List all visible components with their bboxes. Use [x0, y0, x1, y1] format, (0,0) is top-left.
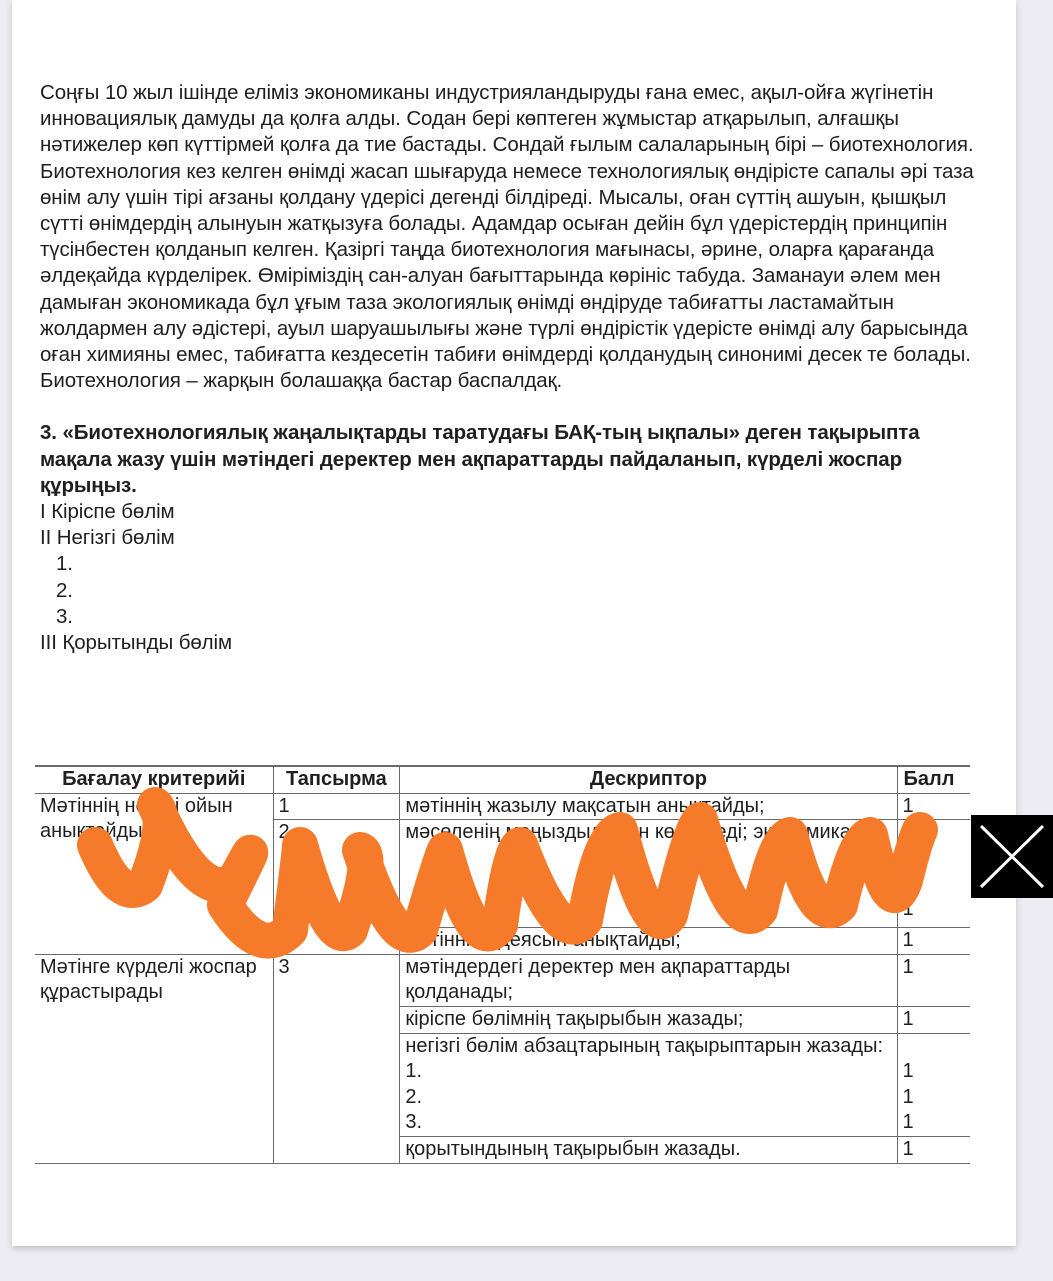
header-criterion: Бағалау критерийі	[35, 766, 273, 793]
header-score: Балл	[897, 766, 970, 793]
score-value: 1	[903, 897, 970, 923]
header-task: Тапсырма	[273, 766, 400, 793]
descriptor-cell: негізгі бөлім абзацтарының тақырыптарын …	[400, 1033, 897, 1136]
score-value: 1	[903, 1110, 970, 1136]
rubric-table: Бағалау критерийі Тапсырма Дескриптор Ба…	[35, 765, 970, 1164]
criterion-cell: Мәтінге күрделі жоспар құрастырады	[35, 954, 273, 1163]
score-cell: 1	[897, 954, 970, 1006]
table-row: Мәтінге күрделі жоспар құрастырады 3 мәт…	[35, 954, 970, 1006]
score-value: 1	[903, 1059, 970, 1085]
header-descriptor: Дескриптор	[400, 766, 897, 793]
plan-conclusion: III Қорытынды бөлім	[40, 630, 980, 656]
task-cell: 2	[273, 820, 400, 955]
paragraph-2: Биотехнология кез келген өнімді жасап шы…	[40, 159, 980, 369]
descriptor-cell: мәтіндердегі деректер мен ақпараттарды қ…	[400, 954, 897, 1006]
paragraph-3: Биотехнология – жарқын болашаққа бастар …	[40, 368, 980, 394]
descriptor-cell: қорытындының тақырыбын жазады.	[400, 1136, 897, 1163]
close-x-icon	[971, 815, 1053, 898]
plan-main: II Негізгі бөлім	[40, 525, 980, 551]
score-cell: 1 1 1	[897, 1033, 970, 1136]
descriptor-text: негізгі бөлім абзацтарының тақырыптарын …	[405, 1034, 896, 1060]
paragraph-1: Соңғы 10 жыл ішінде еліміз экономиканы и…	[40, 80, 980, 159]
score-cell: 1	[897, 1136, 970, 1163]
score-cell: 1	[897, 793, 970, 820]
descriptor-cell: мәтіннің идеясын анықтайды;	[400, 928, 897, 955]
table-row: Мәтіннің негізгі ойын анықтайды 1 мәтінн…	[35, 793, 970, 820]
task-heading: 3. «Биотехнологиялық жаңалықтарды тарату…	[40, 420, 980, 499]
score-cell: 1	[897, 1006, 970, 1033]
plan-sub-item: 2.	[40, 578, 980, 604]
descriptor-cell: кіріспе бөлімнің тақырыбын жазады;	[400, 1006, 897, 1033]
task-cell: 3	[273, 954, 400, 1163]
plan-sub-item: 1.	[40, 551, 980, 577]
close-button[interactable]	[971, 815, 1053, 898]
descriptor-text: мәселенің маңыздылығын көрсетеді; эконом…	[405, 820, 896, 846]
descriptor-sub-item: 1.	[405, 1059, 896, 1085]
table-header-row: Бағалау критерийі Тапсырма Дескриптор Ба…	[35, 766, 970, 793]
plan-intro: I Кіріспе бөлім	[40, 499, 980, 525]
score-value: 1	[903, 1085, 970, 1111]
document-body: Соңғы 10 жыл ішінде еліміз экономиканы и…	[40, 80, 980, 656]
descriptor-sub-item: 3.	[405, 1110, 896, 1136]
score-cell: 1 1 1	[897, 820, 970, 928]
descriptor-cell: мәселенің маңыздылығын көрсетеді; эконом…	[400, 820, 897, 928]
score-value: 1	[903, 846, 970, 872]
score-value: 1	[903, 872, 970, 898]
descriptor-cell: мәтіннің жазылу мақсатын анықтайды;	[400, 793, 897, 820]
criterion-cell: Мәтіннің негізгі ойын анықтайды	[35, 793, 273, 954]
score-cell: 1	[897, 928, 970, 955]
task-cell: 1	[273, 793, 400, 820]
descriptor-sub-item: 2.	[405, 1085, 896, 1111]
plan-sub-item: 3.	[40, 604, 980, 630]
